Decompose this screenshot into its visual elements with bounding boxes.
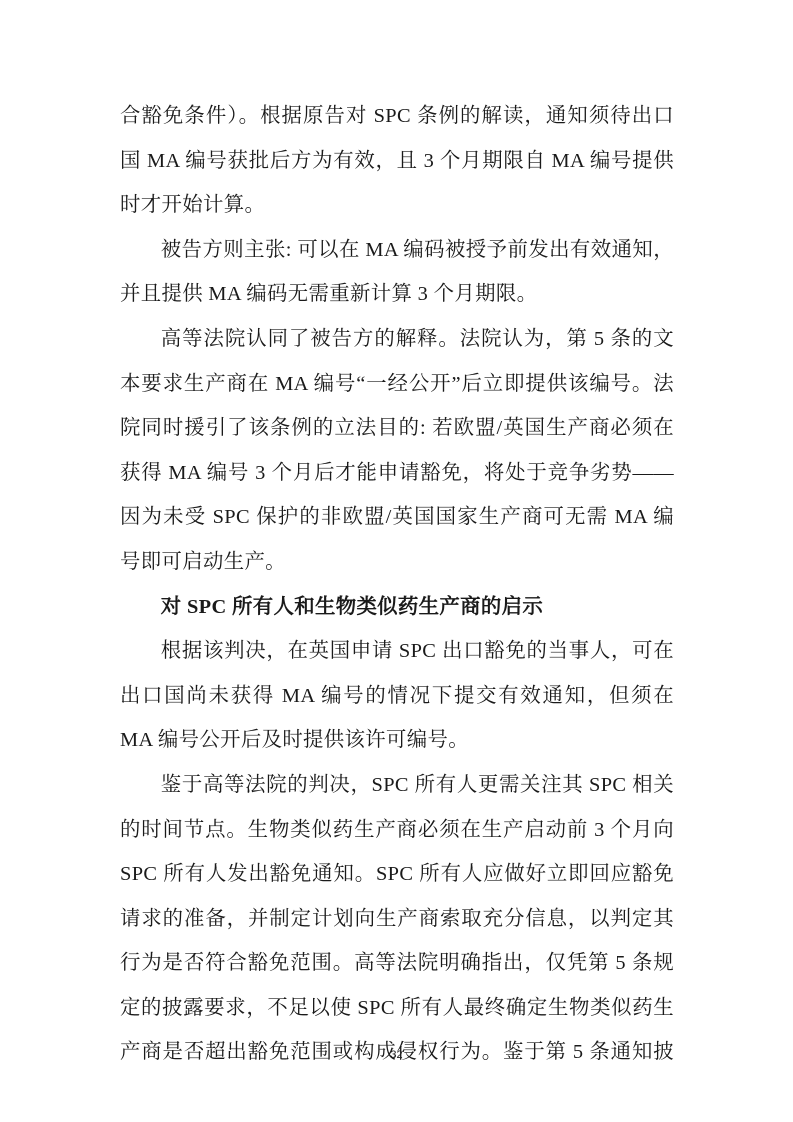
text-line: 高等法院认同了被告方的解释。法院认为，第 5 条的文 (120, 317, 674, 362)
text-line: 本要求生产商在 MA 编号“一经公开”后立即提供该编号。法 (120, 362, 674, 407)
text-line: 合豁免条件）。根据原告对 SPC 条例的解读，通知须待出口 (120, 94, 674, 139)
text-line: 国 MA 编号获批后方为有效，且 3 个月期限自 MA 编号提供 (120, 139, 674, 184)
paragraph-defendant-argument: 被告方则主张: 可以在 MA 编码被授予前发出有效通知， 并且提供 MA 编码无… (120, 228, 674, 317)
text-line: 定的披露要求，不足以使 SPC 所有人最终确定生物类似药生 (120, 986, 674, 1031)
text-line: 请求的准备，并制定计划向生产商索取充分信息，以判定其 (120, 897, 674, 942)
section-heading-text: 对 SPC 所有人和生物类似药生产商的启示 (161, 596, 543, 618)
paragraph-high-court-ruling: 高等法院认同了被告方的解释。法院认为，第 5 条的文 本要求生产商在 MA 编号… (120, 317, 674, 585)
paragraph-plaintiff-interpretation: 合豁免条件）。根据原告对 SPC 条例的解读，通知须待出口 国 MA 编号获批后… (120, 94, 674, 228)
document-page: 合豁免条件）。根据原告对 SPC 条例的解读，通知须待出口 国 MA 编号获批后… (120, 94, 674, 1075)
paragraph-implications: 根据该判决，在英国申请 SPC 出口豁免的当事人，可在 出口国尚未获得 MA 编… (120, 629, 674, 763)
paragraph-spc-owner-advice: 鉴于高等法院的判决，SPC 所有人更需关注其 SPC 相关 的时间节点。生物类似… (120, 763, 674, 1075)
text-line: 被告方则主张: 可以在 MA 编码被授予前发出有效通知， (120, 228, 674, 273)
text-line: SPC 所有人发出豁免通知。SPC 所有人应做好立即回应豁免 (120, 852, 674, 897)
text-line: 根据该判决，在英国申请 SPC 出口豁免的当事人，可在 (120, 629, 674, 674)
text-line: MA 编号公开后及时提供该许可编号。 (120, 718, 674, 763)
text-line: 行为是否符合豁免范围。高等法院明确指出，仅凭第 5 条规 (120, 941, 674, 986)
page-number: 32 (0, 1049, 793, 1061)
text-line: 时才开始计算。 (120, 183, 674, 228)
text-line: 的时间节点。生物类似药生产商必须在生产启动前 3 个月向 (120, 808, 674, 853)
text-line: 因为未受 SPC 保护的非欧盟/英国国家生产商可无需 MA 编 (120, 495, 674, 540)
section-heading: 对 SPC 所有人和生物类似药生产商的启示 (120, 585, 674, 630)
text-line: 并且提供 MA 编码无需重新计算 3 个月期限。 (120, 272, 674, 317)
text-line: 院同时援引了该条例的立法目的: 若欧盟/英国生产商必须在 (120, 406, 674, 451)
text-line: 鉴于高等法院的判决，SPC 所有人更需关注其 SPC 相关 (120, 763, 674, 808)
text-line: 获得 MA 编号 3 个月后才能申请豁免，将处于竞争劣势—— (120, 451, 674, 496)
text-line: 出口国尚未获得 MA 编号的情况下提交有效通知，但须在 (120, 674, 674, 719)
text-line: 号即可启动生产。 (120, 540, 674, 585)
